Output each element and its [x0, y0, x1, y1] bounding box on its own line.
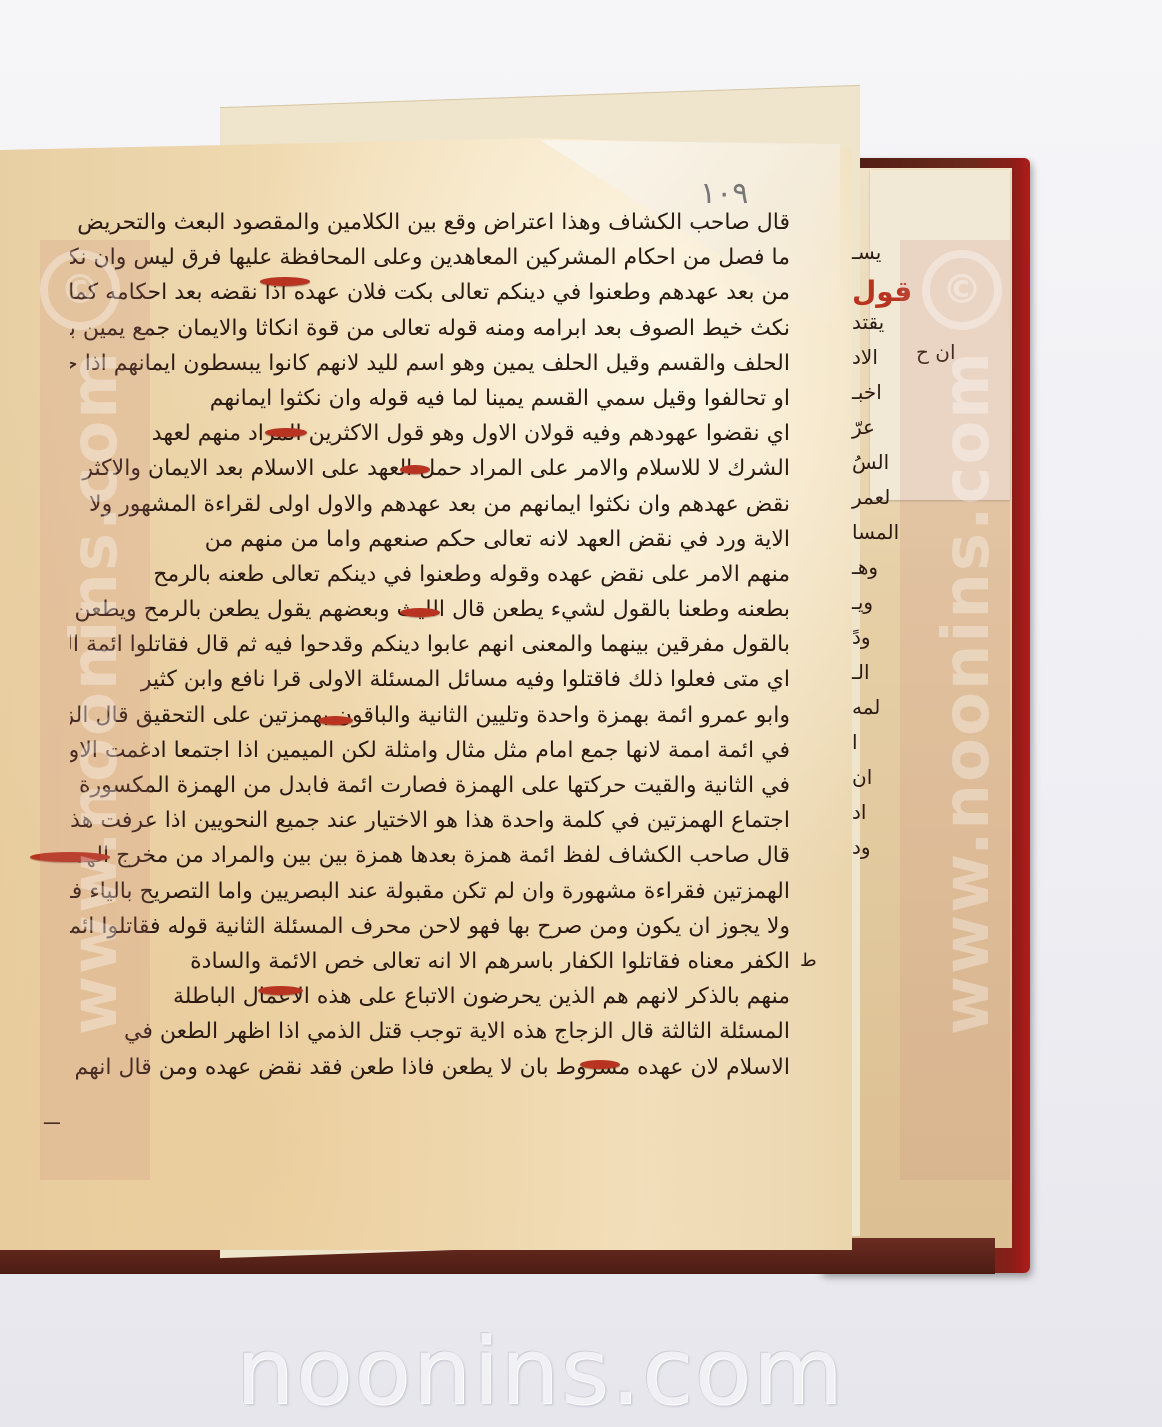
text-line: بالقول مفرقين بينهما والمعنى انهم عابوا …: [70, 627, 790, 662]
flyleaf-fragment: يقتد: [852, 310, 884, 334]
rubric-mark: [260, 277, 310, 286]
rubric-mark: [400, 465, 430, 474]
flyleaf-fragment: الـ: [852, 660, 870, 684]
copyright-watermark-right: ©: [922, 250, 1002, 330]
vertical-watermark-left: www.noonins.com: [58, 350, 132, 1035]
rubric-mark: [265, 428, 307, 437]
text-line: قال صاحب الكشاف وهذا اعتراض وقع بين الكل…: [70, 205, 790, 240]
vertical-watermark-right: www.noonins.com: [930, 350, 1004, 1035]
flyleaf-fragment: اخبـ: [852, 380, 882, 404]
flyleaf-fragment: لعمر: [852, 485, 890, 509]
flyleaf-fragment: السُ: [852, 450, 889, 474]
text-line: ما فصل من احكام المشركين المعاهدين وعلى …: [70, 240, 790, 275]
copyright-watermark-left: ©: [40, 250, 120, 330]
margin-mark: ط: [800, 950, 817, 971]
text-line: في ائمة اممة لانها جمع امام مثل مثال وام…: [70, 733, 790, 768]
text-line: قال صاحب الكشاف لفظ ائمة همزة بعدها همزة…: [70, 838, 790, 873]
text-line: او تحالفوا وقيل سمي القسم يمينا لما فيه …: [70, 381, 790, 416]
text-line: اي نقضوا عهودهم وفيه قولان الاول وهو قول…: [70, 416, 790, 451]
text-line: ولا يجوز ان يكون ومن صرح بها فهو لاحن مح…: [70, 909, 790, 944]
flyleaf-fragment: اد: [852, 800, 866, 824]
rubric-mark: [318, 716, 353, 725]
flyleaf-fragment: يسـ: [852, 240, 881, 264]
flyleaf-fragment: الاد: [852, 345, 878, 369]
flyleaf-fragment: ودً: [852, 625, 871, 649]
flyleaf-fragment: ان: [852, 765, 872, 789]
text-line: الاسلام لان عهده مشروط بان لا يطعن فاذا …: [70, 1050, 790, 1085]
flyleaf-fragment: ا: [852, 730, 858, 754]
text-line: الهمزتين فقراءة مشهورة وان لم تكن مقبولة…: [70, 874, 790, 909]
text-line: منهم بالذكر لانهم هم الذين يحرضون الاتبا…: [70, 979, 790, 1014]
text-line: الحلف والقسم وقيل الحلف يمين وهو اسم للي…: [70, 346, 790, 381]
flyleaf-fragment: عرّ: [852, 415, 875, 439]
flyleaf-fragment: ويـ: [852, 590, 873, 614]
text-line: المسئلة الثالثة قال الزجاج هذه الاية توج…: [70, 1014, 790, 1049]
text-line: اجتماع الهمزتين في كلمة واحدة هذا هو الا…: [70, 803, 790, 838]
text-line: الشرك لا للاسلام والامر على المراد حمل ا…: [70, 451, 790, 486]
text-line: في الثانية والقيت حركتها على الهمزة فصار…: [70, 768, 790, 803]
flyleaf-fragment: المسا: [852, 520, 899, 544]
flyleaf-fragment: ود: [852, 835, 871, 859]
text-line: نقض عهدهم وان نكثوا ايمانهم من بعد عهدهم…: [70, 487, 790, 522]
text-line: اي متى فعلوا ذلك فاقتلوا وفيه مسائل المس…: [70, 662, 790, 697]
text-line: من بعد عهدهم وطعنوا في دينكم تعالى بكت ف…: [70, 275, 790, 310]
rubric-mark: [258, 986, 303, 995]
flyleaf-fragment: لمه: [852, 695, 880, 719]
text-line: الكفر معناه فقاتلوا الكفار باسرهم الا ان…: [70, 944, 790, 979]
text-line: منهم الامر على نقض عهده وقوله وطعنوا في …: [70, 557, 790, 592]
bottom-watermark: noonins.com: [220, 1318, 860, 1425]
text-line: وابو عمرو ائمة بهمزة واحدة وتليين الثاني…: [70, 698, 790, 733]
flyleaf-fragment: وهـ: [852, 555, 878, 579]
text-line: نكث خيط الصوف بعد ابرامه ومنه قوله تعالى…: [70, 311, 790, 346]
text-line: الاية ورد في نقض العهد لانه تعالى حكم صن…: [70, 522, 790, 557]
rubric-mark: [580, 1060, 620, 1069]
manuscript-text: قال صاحب الكشاف وهذا اعتراض وقع بين الكل…: [70, 205, 790, 1085]
rubric-mark: [400, 608, 440, 617]
